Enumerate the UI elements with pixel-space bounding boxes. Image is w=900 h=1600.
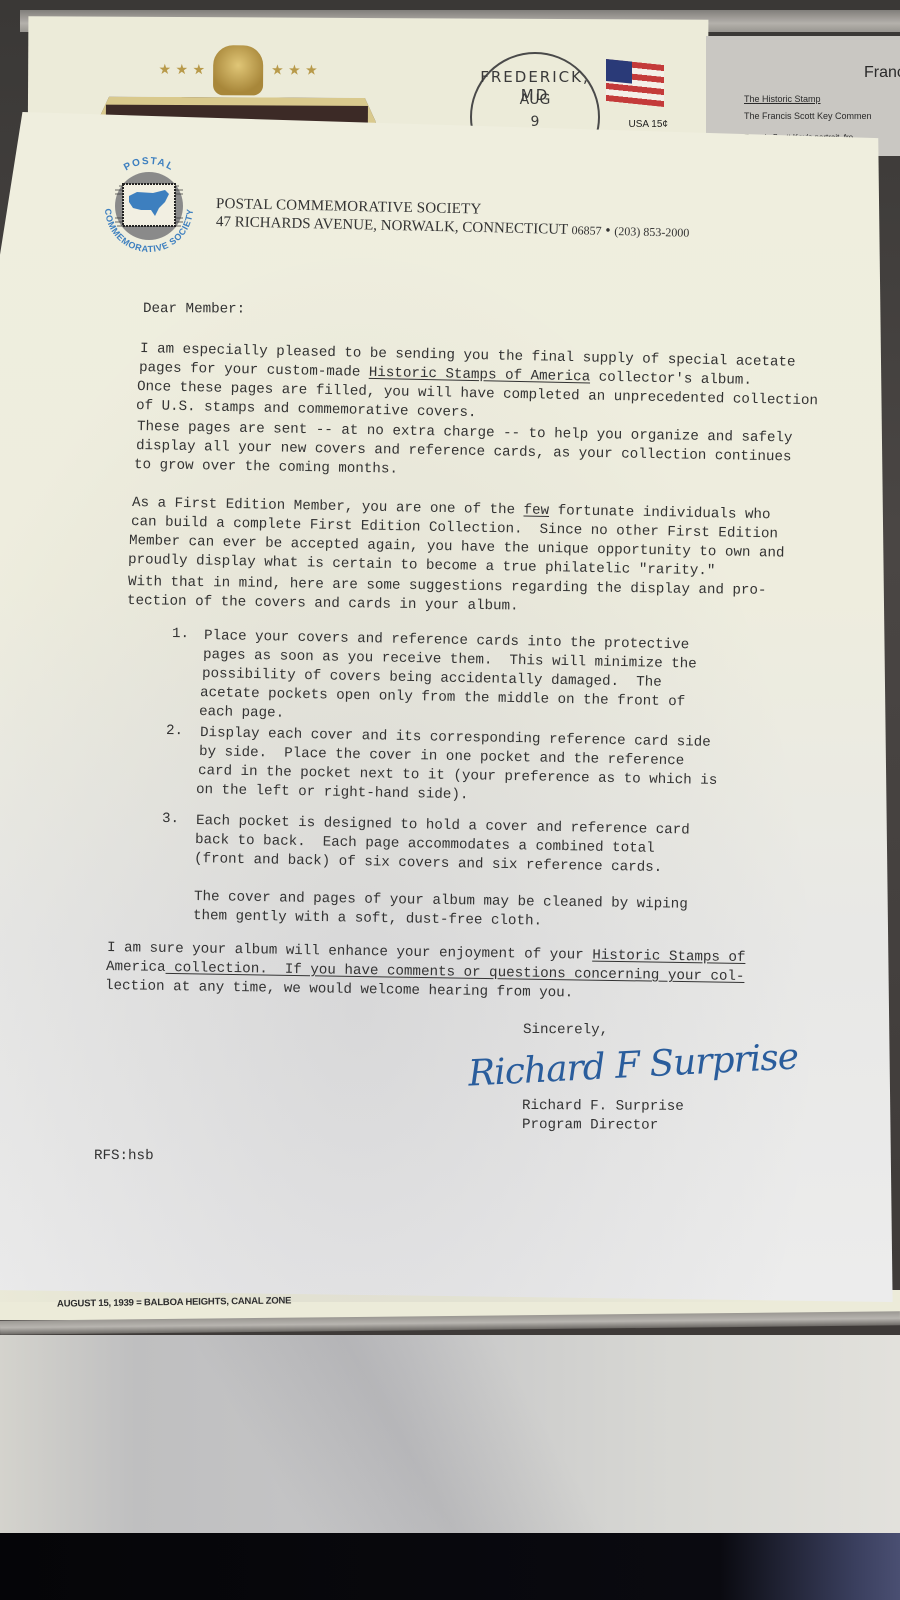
paragraph-line: to grow over the coming months. — [134, 456, 398, 480]
list-number: 2. — [166, 722, 183, 741]
letter-body: Dear Member:I am especially pleased to b… — [0, 0, 900, 1300]
reference-initials: RFS:hsb — [94, 1147, 154, 1166]
list-number: 3. — [162, 810, 179, 829]
table-surface — [0, 1335, 900, 1535]
list-item-line: each page. — [199, 703, 284, 724]
list-item-line: on the left or right-hand side). — [196, 781, 469, 805]
text-segment: America — [106, 959, 166, 976]
paragraph-line: tection of the covers and cards in your … — [126, 592, 518, 616]
text-segment: collector's album. — [589, 369, 751, 388]
dark-surface — [0, 1533, 900, 1600]
salutation: Dear Member: — [143, 300, 245, 320]
list-number: 1. — [172, 625, 189, 644]
signer-title: Program Director — [522, 1116, 658, 1136]
closing-salutation: Sincerely, — [523, 1021, 608, 1040]
text-segment: fortunate individuals who — [549, 503, 771, 523]
underlined-text: Historic Stamps of — [592, 948, 745, 966]
underlined-text: few — [523, 503, 549, 519]
cleaning-note: them gently with a soft, dust-free cloth… — [193, 907, 542, 931]
text-segment: pages for your custom-made — [138, 360, 368, 381]
signer-name: Richard F. Surprise — [522, 1097, 684, 1117]
underlined-text: Historic Stamps of America — [368, 365, 590, 386]
